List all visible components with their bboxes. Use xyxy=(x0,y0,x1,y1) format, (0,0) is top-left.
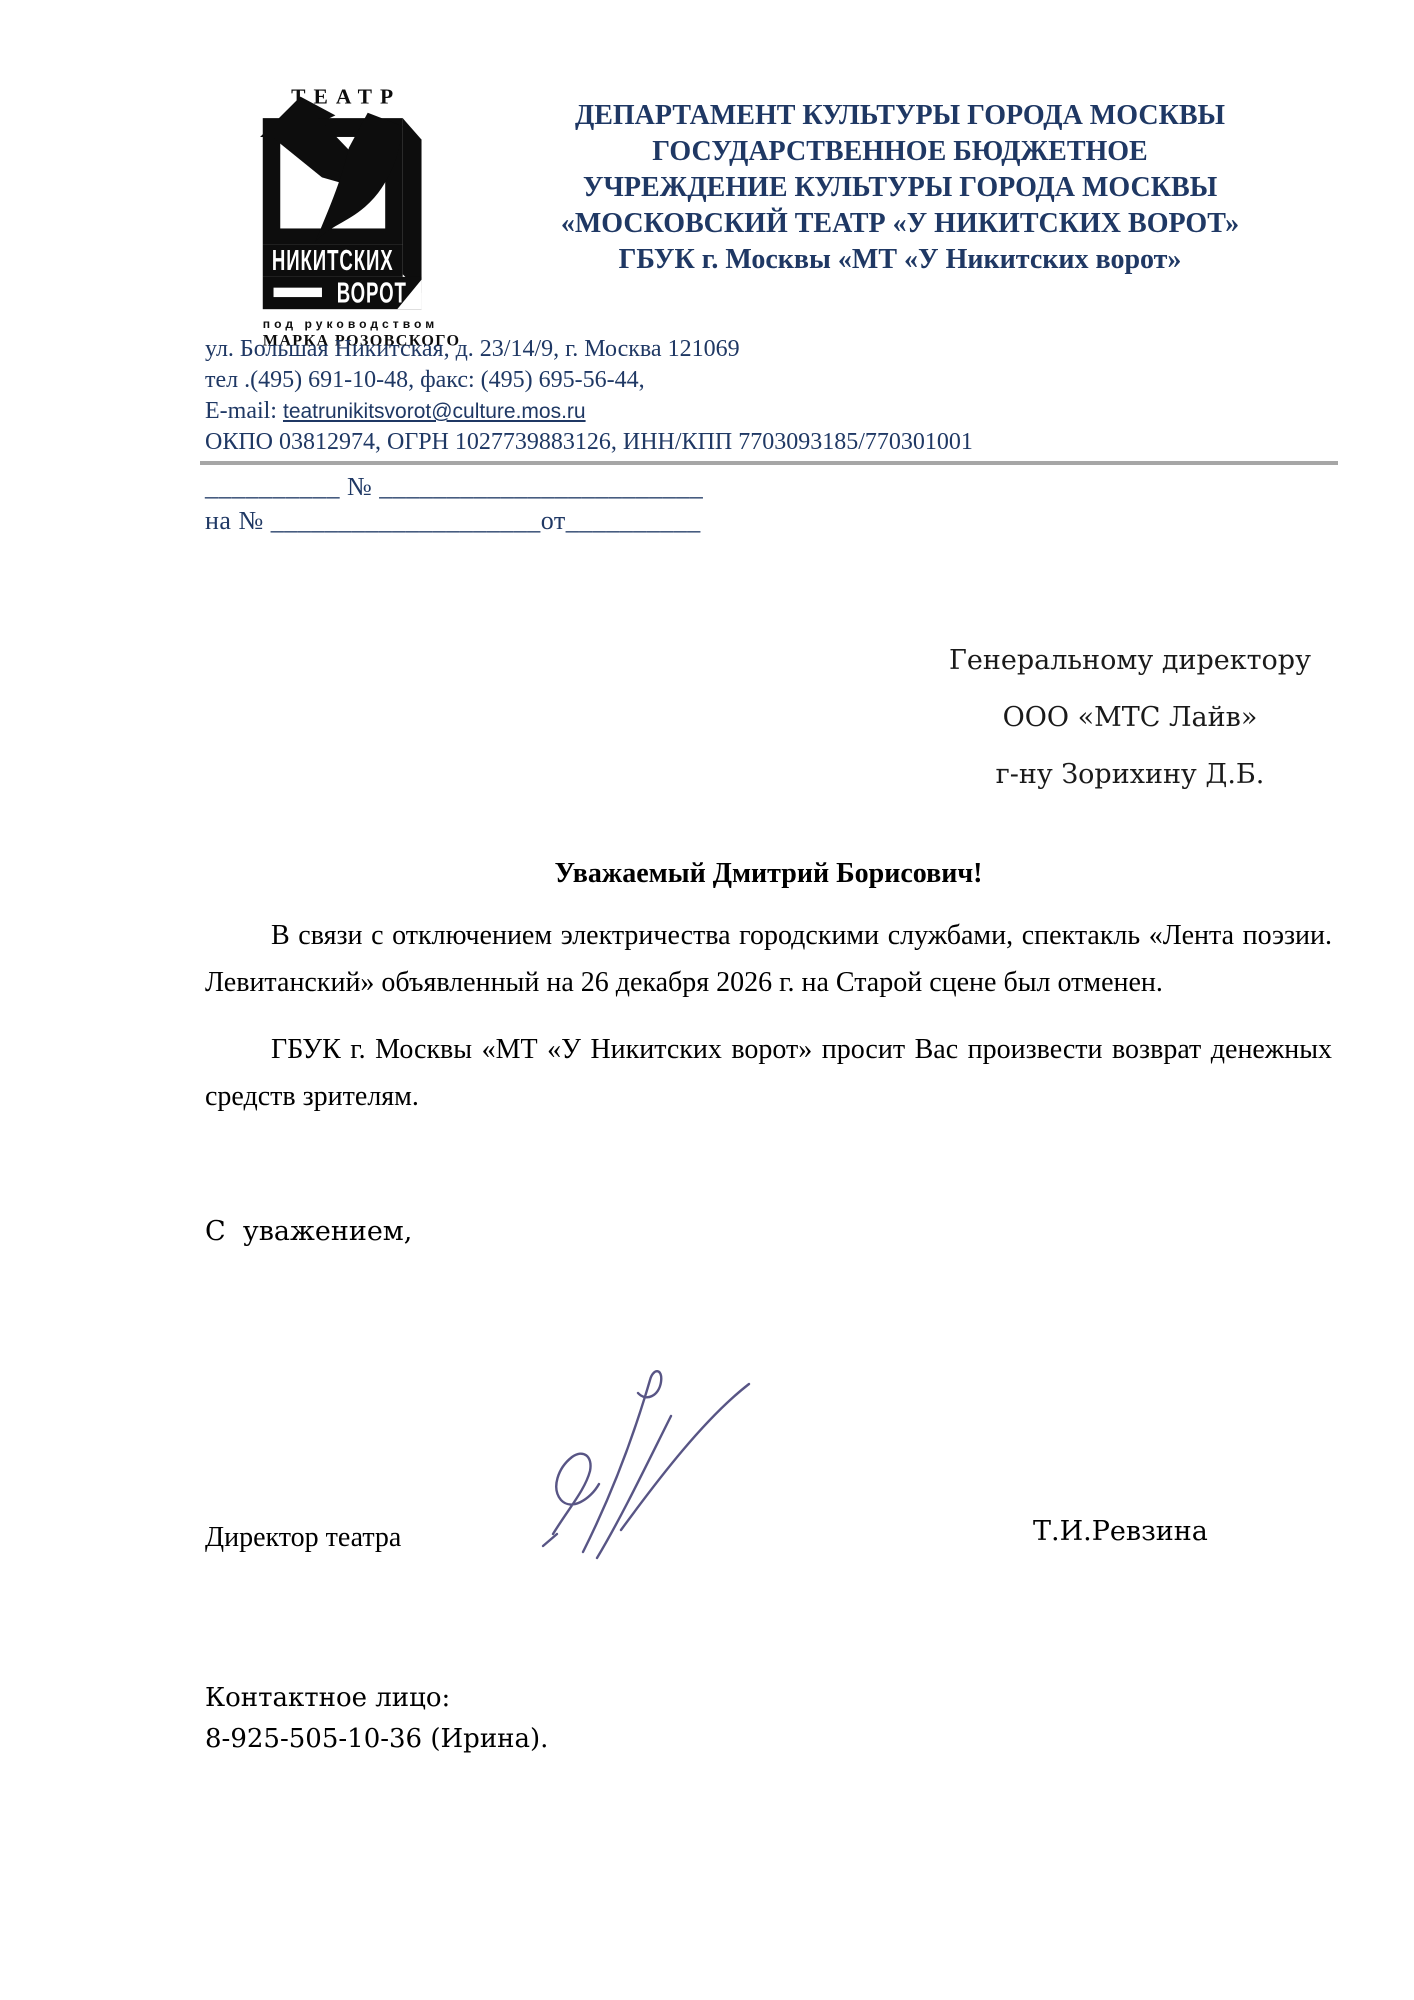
org-header-line: «МОСКОВСКИЙ ТЕАТР «У НИКИТСКИХ ВОРОТ» xyxy=(520,206,1280,242)
reference-line-outgoing: __________ № ________________________ xyxy=(205,470,905,504)
recipient-title: Генеральному директору xyxy=(945,632,1315,689)
recipient-company: ООО «МТС Лайв» xyxy=(945,689,1315,746)
org-header-line: ДЕПАРТАМЕНТ КУЛЬТУРЫ ГОРОДА МОСКВЫ xyxy=(520,98,1280,134)
signer-role: Директор театра xyxy=(205,1522,401,1554)
org-phone: тел .(495) 691-10-48, факс: (495) 695-56… xyxy=(205,365,1105,396)
recipient-block: Генеральному директору ООО «МТС Лайв» г-… xyxy=(945,632,1315,803)
signer-name: Т.И.Ревзина xyxy=(1033,1516,1208,1547)
contact-person-block: Контактное лицо: 8-925-505-10-36 (Ирина)… xyxy=(205,1678,548,1760)
org-address: ул. Большая Никитская, д. 23/14/9, г. Мо… xyxy=(205,334,1105,365)
reference-block: __________ № ________________________ на… xyxy=(205,470,905,538)
handwritten-signature xyxy=(533,1356,761,1568)
body-paragraph-1: В связи с отключением электричества горо… xyxy=(205,912,1332,1006)
org-codes: ОКПО 03812974, ОГРН 1027739883126, ИНН/К… xyxy=(205,427,1105,458)
logo-caption-line1: под руководством xyxy=(263,317,439,331)
org-header-line: ГБУК г. Москвы «МТ «У Никитских ворот» xyxy=(520,242,1280,278)
header-divider xyxy=(200,461,1338,465)
logo-vorot-label: ВОРОТ xyxy=(337,278,407,310)
letter-page: ТЕАТР НИКИТСКИХ ВОРОТ под руководством xyxy=(0,0,1414,2000)
recipient-person: г-ну Зорихину Д.Б. xyxy=(945,746,1315,803)
logo-nikitskih-label: НИКИТСКИХ xyxy=(272,245,394,277)
salutation: Уважаемый Дмитрий Борисович! xyxy=(205,858,1332,890)
org-header-line: ГОСУДАРСТВЕННОЕ БЮДЖЕТНОЕ xyxy=(520,134,1280,170)
body-paragraph-2: ГБУК г. Москвы «МТ «У Никитских ворот» п… xyxy=(205,1026,1332,1120)
theater-logo: ТЕАТР НИКИТСКИХ ВОРОТ под руководством xyxy=(252,80,474,355)
org-header-line: УЧРЕЖДЕНИЕ КУЛЬТУРЫ ГОРОДА МОСКВЫ xyxy=(520,170,1280,206)
email-link[interactable]: teatrunikitsvorot@culture.mos.ru xyxy=(283,400,586,423)
contact-person-phone: 8-925-505-10-36 (Ирина). xyxy=(205,1719,548,1760)
closing-phrase: С уважением, xyxy=(205,1216,412,1247)
org-header: ДЕПАРТАМЕНТ КУЛЬТУРЫ ГОРОДА МОСКВЫ ГОСУД… xyxy=(520,98,1280,278)
theater-logo-icon: ТЕАТР НИКИТСКИХ ВОРОТ под руководством xyxy=(252,80,474,350)
org-email-line: E-mail: teatrunikitsvorot@culture.mos.ru xyxy=(205,396,1105,427)
org-contacts: ул. Большая Никитская, д. 23/14/9, г. Мо… xyxy=(205,334,1105,458)
contact-person-label: Контактное лицо: xyxy=(205,1678,548,1719)
reference-line-incoming: на № ____________________от__________ xyxy=(205,504,905,538)
email-label: E-mail: xyxy=(205,398,283,424)
